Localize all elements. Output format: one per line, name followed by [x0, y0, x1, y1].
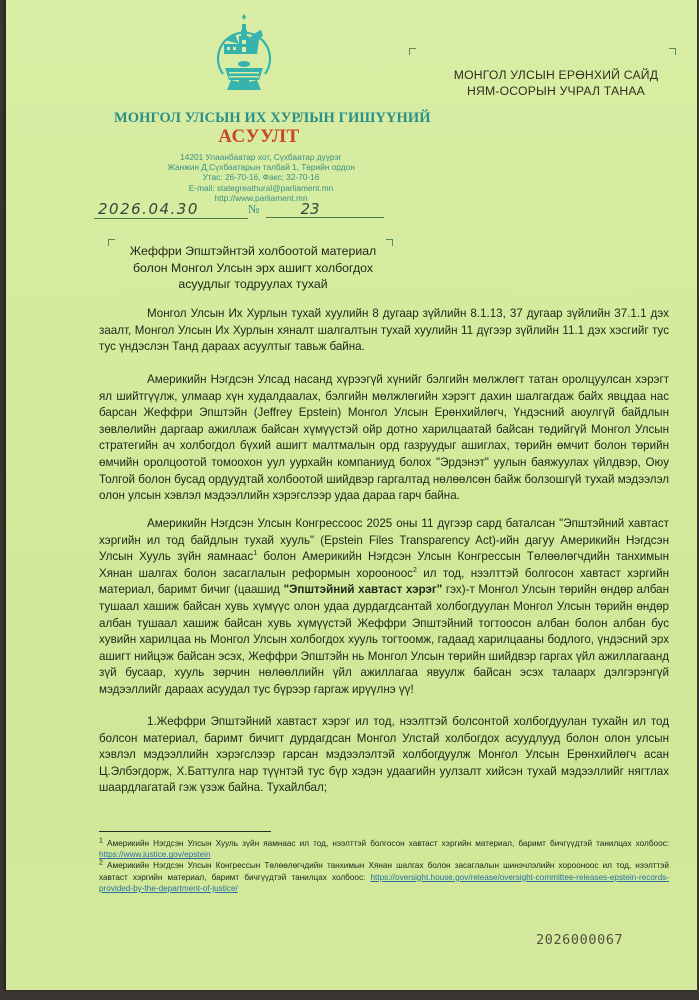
body-paragraph-question-1: 1.Жеффри Эпштэйний хавтаст хэрэг ил тод,… [99, 714, 669, 797]
subject: Жеффри Эпштэйнтэй холбоотой материал бол… [114, 243, 392, 293]
email-line: E-mail: stategreathural@parliament.mn [136, 183, 386, 193]
footnote-link[interactable]: https://www.justice.gov/epstein [99, 850, 211, 859]
footnote-1: 1 Америкийн Нэгдсэн Улсын Хууль зүйн яам… [99, 838, 669, 860]
subject-line: асуудлыг тодруулах тухай [114, 276, 392, 293]
subject-line: болон Монгол Улсын эрх ашигт холбогдох [114, 260, 392, 277]
footnotes: 1 Америкийн Нэгдсэн Улсын Хууль зүйн яам… [99, 838, 669, 894]
state-emblem-icon [211, 14, 277, 92]
body-paragraph-request: Америкийн Нэгдсэн Улсын Конгрессоос 2025… [99, 516, 669, 699]
body-paragraph-background: Америкийн Нэгдсэн Улсад насанд хүрээгүй … [99, 372, 669, 505]
subject-line: Жеффри Эпштэйнтэй холбоотой материал [114, 243, 392, 260]
address-line: Жанжин Д.Сүхбаатарын талбай 1, Төрийн ор… [136, 162, 386, 172]
body-paragraph-legal-basis: Монгол Улсын Их Хурлын тухай хуулийн 8 д… [99, 306, 669, 356]
document-type: АСУУЛТ [114, 126, 404, 148]
document-date: 2026.04.30 [94, 200, 248, 219]
addressee-corner-mark [669, 48, 676, 55]
addressee-line: МОНГОЛ УЛСЫН ЕРӨНХИЙ САЙД [426, 67, 686, 83]
document-number: 23 [266, 200, 384, 218]
reference-line: 2026.04.30 № 23 [90, 200, 390, 222]
letterhead-address: 14201 Улаанбаатар хот, Сүхбаатар дүүрэг … [136, 152, 386, 203]
defined-term: "Эпштэйний хавтаст хэрэг" [284, 583, 443, 596]
addressee-corner-mark [409, 48, 416, 55]
org-title: МОНГОЛ УЛСЫН ИХ ХУРЛЫН ГИШҮҮНИЙ [114, 110, 404, 127]
address-line: 14201 Улаанбаатар хот, Сүхбаатар дүүрэг [136, 152, 386, 162]
document-page: МОНГОЛ УЛСЫН ИХ ХУРЛЫН ГИШҮҮНИЙ АСУУЛТ 1… [6, 0, 697, 990]
phone-fax-line: Утас: 26-70-16, Факс: 32-70-16 [136, 172, 386, 182]
footnote-divider [99, 831, 271, 832]
footnote-2: 2 Америкийн Нэгдсэн Улсын Конгрессын Төл… [99, 860, 669, 894]
addressee-line: НЯМ-ОСОРЫН УЧРАЛ ТАНАА [426, 83, 686, 99]
number-sign: № [248, 202, 259, 217]
addressee: МОНГОЛ УЛСЫН ЕРӨНХИЙ САЙД НЯМ-ОСОРЫН УЧР… [426, 67, 686, 99]
serial-stamp: 2026000067 [536, 932, 623, 948]
